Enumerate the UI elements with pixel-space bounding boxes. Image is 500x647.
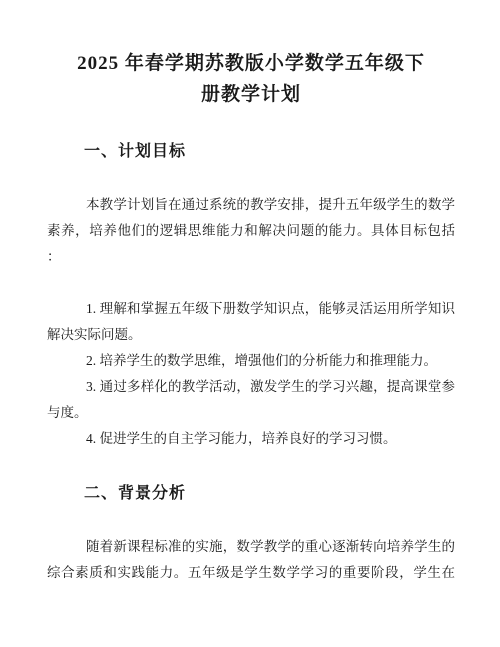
- section-background-analysis: 二、背景分析 随着新课程标准的实施，数学教学的重心逐渐转向培养学生的 综合素质和…: [47, 482, 455, 586]
- text-line: ：: [47, 244, 455, 270]
- text-line: 与度。: [47, 400, 455, 426]
- text-line: 3. 通过多样化的教学活动，激发学生的学习兴趣，提高课堂参: [47, 374, 455, 400]
- list-item: 4. 促进学生的自主学习能力，培养良好的学习习惯。: [47, 426, 455, 452]
- text-line: 综合素质和实践能力。五年级是学生数学学习的重要阶段，学生在: [47, 560, 455, 586]
- text-line: 2. 培养学生的数学思维，增强他们的分析能力和推理能力。: [47, 348, 455, 374]
- text-line: 解决实际问题。: [47, 322, 455, 348]
- title-line: 2025 年春学期苏教版小学数学五年级下: [47, 48, 455, 79]
- section-plan-goals: 一、计划目标 本教学计划旨在通过系统的教学安排，提升五年级学生的数学 素养，培养…: [47, 140, 455, 452]
- paragraph: 本教学计划旨在通过系统的教学安排，提升五年级学生的数学 素养，培养他们的逻辑思维…: [47, 192, 455, 270]
- section-heading: 一、计划目标: [47, 140, 455, 164]
- document-title: 2025 年春学期苏教版小学数学五年级下 册教学计划: [47, 48, 455, 110]
- section-heading: 二、背景分析: [47, 482, 455, 506]
- text-line: 4. 促进学生的自主学习能力，培养良好的学习习惯。: [47, 426, 455, 452]
- text-line: 1. 理解和掌握五年级下册数学知识点，能够灵活运用所学知识: [47, 296, 455, 322]
- document-page: 2025 年春学期苏教版小学数学五年级下 册教学计划 一、计划目标 本教学计划旨…: [0, 0, 500, 647]
- list-item: 3. 通过多样化的教学活动，激发学生的学习兴趣，提高课堂参 与度。: [47, 374, 455, 426]
- text-line: 随着新课程标准的实施，数学教学的重心逐渐转向培养学生的: [47, 534, 455, 560]
- text-line: 素养，培养他们的逻辑思维能力和解决问题的能力。具体目标包括: [47, 218, 455, 244]
- title-line: 册教学计划: [47, 79, 455, 110]
- list-item: 2. 培养学生的数学思维，增强他们的分析能力和推理能力。: [47, 348, 455, 374]
- text-line: 本教学计划旨在通过系统的教学安排，提升五年级学生的数学: [47, 192, 455, 218]
- list-item: 1. 理解和掌握五年级下册数学知识点，能够灵活运用所学知识 解决实际问题。: [47, 296, 455, 348]
- paragraph: 随着新课程标准的实施，数学教学的重心逐渐转向培养学生的 综合素质和实践能力。五年…: [47, 534, 455, 586]
